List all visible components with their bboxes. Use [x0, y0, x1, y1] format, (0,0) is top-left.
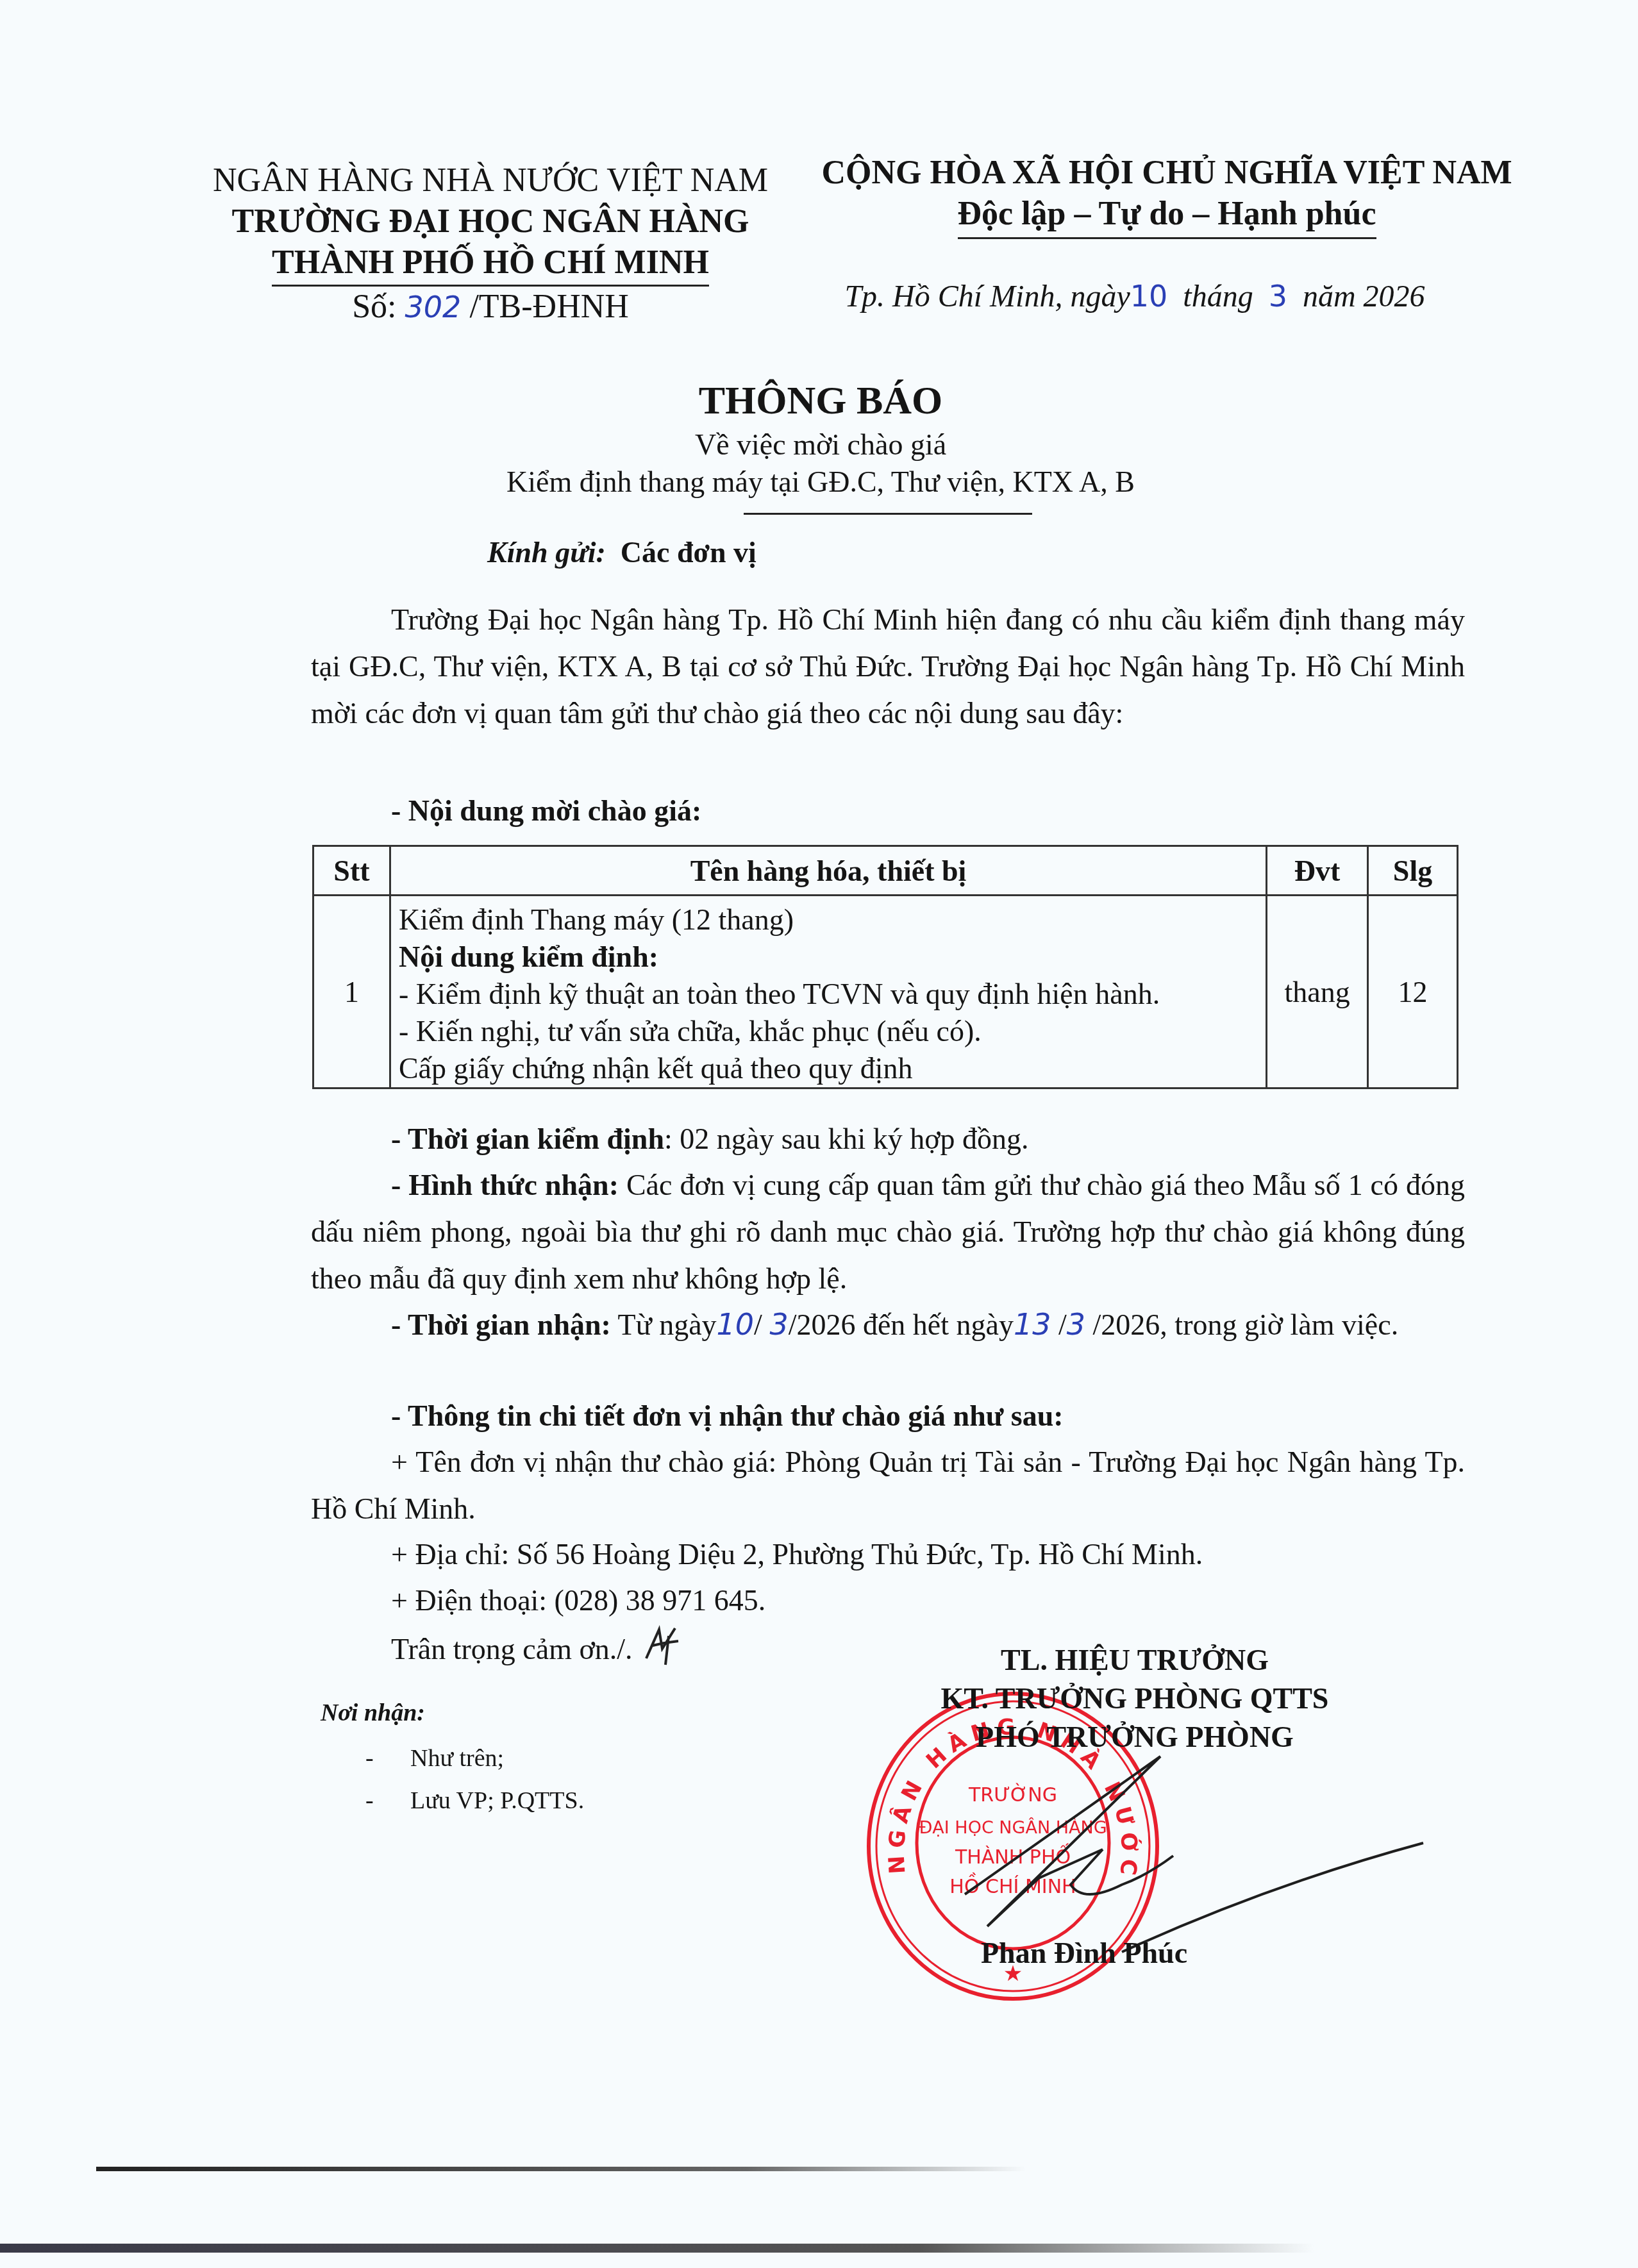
signature-title-1: TL. HIỆU TRƯỞNG [853, 1641, 1417, 1680]
header-unit: Đvt [1267, 846, 1368, 896]
to-day-handwritten: 13 [1014, 1307, 1051, 1342]
list-item: -Lưu VP; P.QTTS. [365, 1780, 584, 1822]
title-divider [744, 513, 1032, 515]
date-day-handwritten: 10 [1130, 279, 1168, 313]
handwritten-signature-icon [910, 1731, 1436, 1962]
signer-name: Phan Đình Phúc [981, 1936, 1187, 1970]
document-date: Tp. Hồ Chí Minh, ngày10 tháng 3 năm 2026 [814, 279, 1455, 314]
list-item: -Như trên; [365, 1737, 584, 1780]
inspection-time: - Thời gian kiểm định: 02 ngày sau khi k… [391, 1115, 1468, 1162]
to-month-handwritten: 3 [1067, 1307, 1085, 1342]
content-heading: - Nội dung mời chào giá: [391, 787, 1032, 834]
issuer-parent: NGÂN HÀNG NHÀ NƯỚC VIỆT NAM [186, 160, 795, 201]
issuer-city: THÀNH PHỐ HỒ CHÍ MINH [272, 242, 709, 287]
footer-rule [96, 2167, 1026, 2171]
header-name: Tên hàng hóa, thiết bị [390, 846, 1266, 896]
table-header-row: Stt Tên hàng hóa, thiết bị Đvt Slg [313, 846, 1458, 896]
intro-paragraph: Trường Đại học Ngân hàng Tp. Hồ Chí Minh… [311, 596, 1465, 737]
issuer-name: TRƯỜNG ĐẠI HỌC NGÂN HÀNG [186, 201, 795, 242]
initials-icon [640, 1623, 685, 1668]
receive-time: - Thời gian nhận: Từ ngày10/ 3/2026 đến … [311, 1301, 1465, 1348]
document-title-block: THÔNG BÁO Về việc mời chào giá Kiểm định… [256, 375, 1385, 501]
national-motto: Độc lập – Tự do – Hạnh phúc [958, 194, 1376, 239]
document-subject: Về việc mời chào giá [256, 426, 1385, 463]
issuer-header: NGÂN HÀNG NHÀ NƯỚC VIỆT NAM TRƯỜNG ĐẠI H… [186, 160, 795, 328]
detail-heading: - Thông tin chi tiết đơn vị nhận thư chà… [391, 1392, 1468, 1439]
date-month-handwritten: 3 [1269, 279, 1287, 313]
national-title: CỘNG HÒA XÃ HỘI CHỦ NGHĨA VIỆT NAM [814, 153, 1519, 194]
from-month-handwritten: 3 [769, 1307, 788, 1342]
from-day-handwritten: 10 [717, 1307, 755, 1342]
document-number-handwritten: 302 [405, 290, 462, 324]
detail-address: + Địa chỉ: Số 56 Hoàng Diệu 2, Phường Th… [391, 1531, 1468, 1578]
header-qty: Slg [1368, 846, 1458, 896]
cell-name: Kiểm định Thang máy (12 thang) Nội dung … [390, 896, 1266, 1088]
detail-phone: + Điện thoại: (028) 38 971 645. [391, 1577, 1468, 1624]
document-number: Số: 302 /TB-ĐHNH [186, 287, 795, 328]
table-row: 1 Kiểm định Thang máy (12 thang) Nội dun… [313, 896, 1458, 1088]
national-header: CỘNG HÒA XÃ HỘI CHỦ NGHĨA VIỆT NAM Độc l… [814, 153, 1519, 239]
header-stt: Stt [313, 846, 390, 896]
receivers-list: -Như trên; -Lưu VP; P.QTTS. [365, 1737, 584, 1822]
cell-stt: 1 [313, 896, 390, 1088]
document-title: THÔNG BÁO [256, 375, 1385, 426]
document-subject-detail: Kiểm định thang máy tại GĐ.C, Thư viện, … [256, 463, 1385, 501]
receivers-title: Nơi nhận: [321, 1699, 425, 1727]
items-table: Stt Tên hàng hóa, thiết bị Đvt Slg 1 Kiể… [312, 845, 1458, 1089]
signature-title-2: KT. TRƯỞNG PHÒNG QTTS [853, 1680, 1417, 1718]
cell-qty: 12 [1368, 896, 1458, 1088]
scan-edge [0, 2244, 1314, 2253]
detail-unit: + Tên đơn vị nhận thư chào giá: Phòng Qu… [311, 1438, 1465, 1532]
receive-form: - Hình thức nhận: Các đơn vị cung cấp qu… [311, 1162, 1465, 1302]
recipients-line: Kính gửi: Các đơn vị [487, 535, 756, 569]
cell-unit: thang [1267, 896, 1368, 1088]
